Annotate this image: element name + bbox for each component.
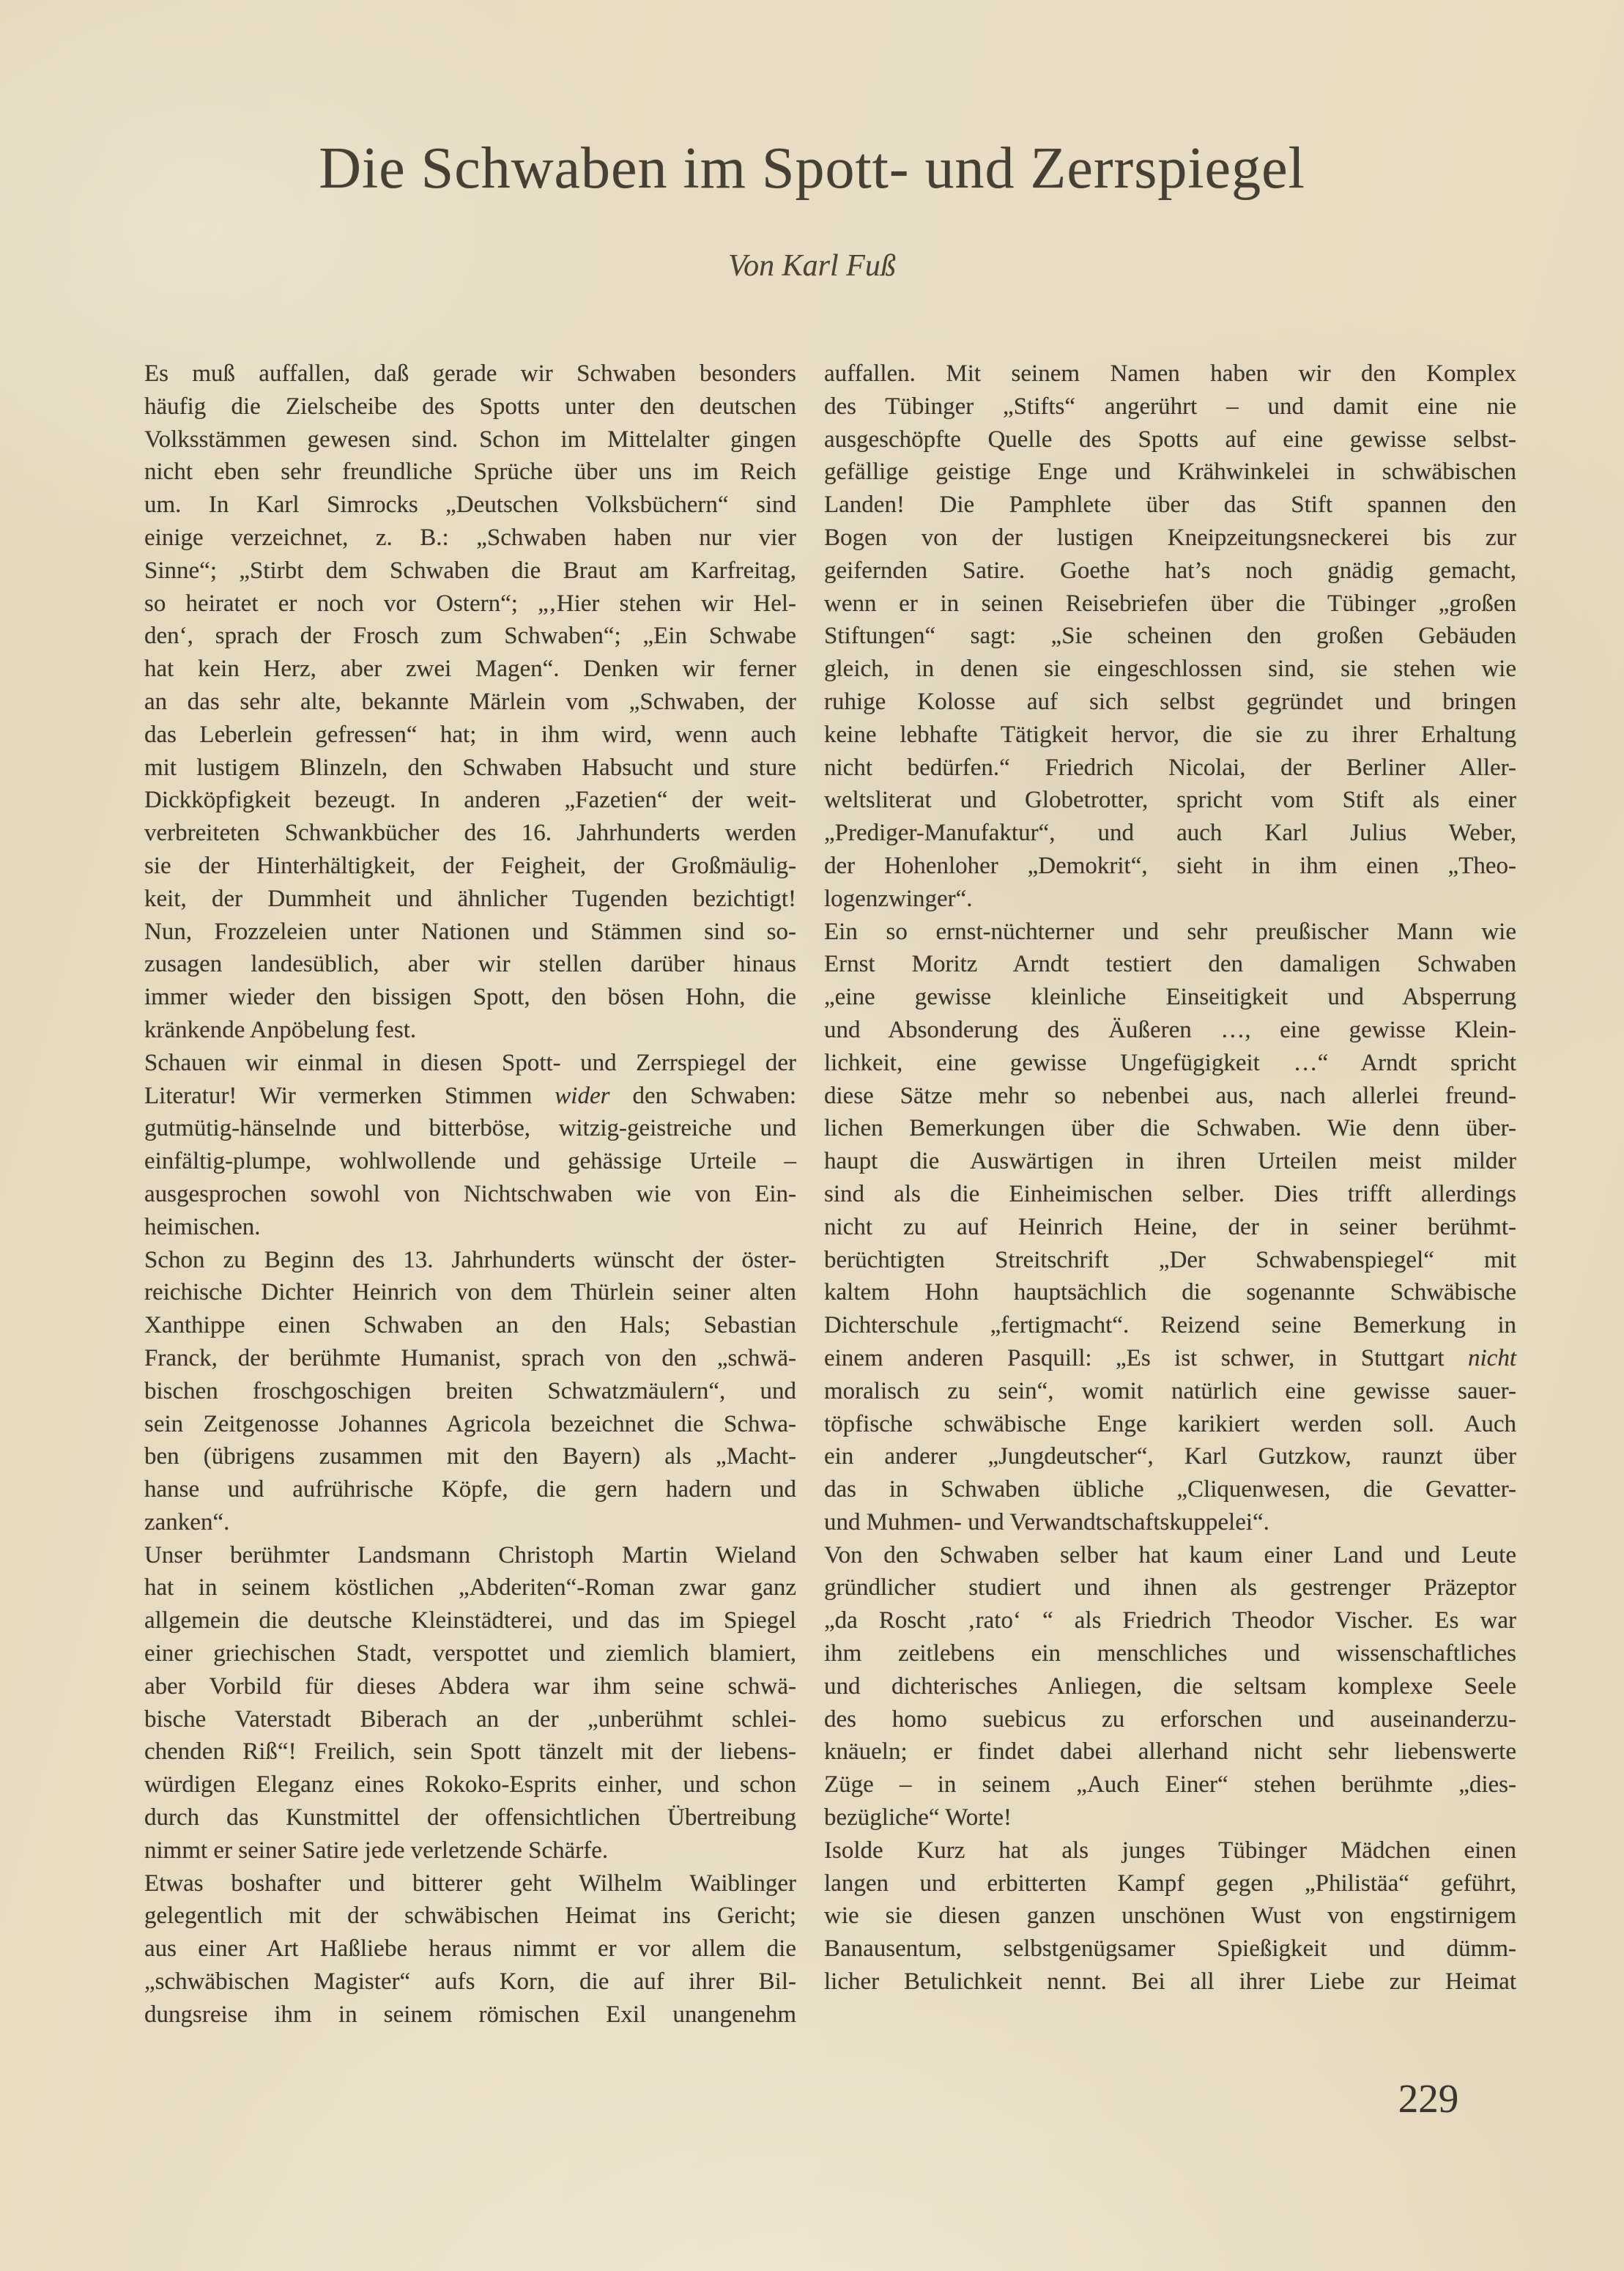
text-line: Landen! Die Pamphlete über das Stift spa… [824,489,1516,522]
paragraph: Es muß auffallen, daß gerade wir Schwabe… [144,357,796,1047]
text-line: gelegentlich mit der schwäbischen Heimat… [144,1900,796,1933]
text-line: töpfische schwäbische Enge karikiert wer… [824,1408,1516,1441]
text-line: an das sehr alte, bekannte Märlein vom „… [144,686,796,719]
paragraph: Etwas boshafter und bitterer geht Wilhel… [144,1867,796,2031]
text-line: Von den Schwaben selber hat kaum einer L… [824,1539,1516,1572]
text-line: ruhige Kolosse auf sich selbst gegründet… [824,686,1516,719]
text-line: lichen Bemerkungen über die Schwaben. Wi… [824,1112,1516,1145]
text-line: ihm zeitlebens ein menschliches und wiss… [824,1637,1516,1670]
text-line: Stiftungen“ sagt: „Sie scheinen den groß… [824,620,1516,653]
text-line: wie sie diesen ganzen unschönen Wust von… [824,1900,1516,1933]
text-line: Ein so ernst-nüchterner und sehr preußis… [824,916,1516,949]
text-line: Franck, der berühmte Humanist, sprach vo… [144,1342,796,1375]
text-line: geifernden Satire. Goethe hat’s noch gnä… [824,555,1516,588]
text-line: des Tübinger „Stifts“ angerührt – und da… [824,390,1516,423]
text-line: des homo suebicus zu erforschen und ause… [824,1703,1516,1736]
page-title: Die Schwaben im Spott- und Zerrspiegel [0,136,1624,202]
text-line: bezügliche“ Worte! [824,1801,1516,1834]
text-line: weltsliterat und Globetrotter, spricht v… [824,784,1516,817]
text-line: und Absonderung des Äußeren …, eine gewi… [824,1014,1516,1047]
text-line: „eine gewisse kleinliche Einseitigkeit u… [824,981,1516,1014]
text-line: nimmt er seiner Satire jede verletzende … [144,1834,796,1867]
text-line: licher Betulichkeit nennt. Bei all ihrer… [824,1966,1516,1998]
text-line: immer wieder den bissigen Spott, den bös… [144,981,796,1014]
text-line: nicht bedürfen.“ Friedrich Nicolai, der … [824,752,1516,785]
text-line: bische Vaterstadt Biberach an der „unber… [144,1703,796,1736]
text-line: ausgeschöpfte Quelle des Spotts auf eine… [824,423,1516,456]
text-line: gleich, in denen sie eingeschlossen sind… [824,653,1516,686]
text-line: langen und erbitterten Kampf gegen „Phil… [824,1867,1516,1900]
text-line: und dichterisches Anliegen, die seltsam … [824,1670,1516,1703]
text-line: chenden Riß“! Freilich, sein Spott tänze… [144,1735,796,1768]
text-line: verbreiteten Schwankbücher des 16. Jahrh… [144,817,796,850]
text-line: heimischen. [144,1211,796,1244]
text-line: hanse und aufrührische Köpfe, die gern h… [144,1473,796,1506]
text-line: Etwas boshafter und bitterer geht Wilhel… [144,1867,796,1900]
text-line: Banausentum, selbstgenügsamer Spießigkei… [824,1933,1516,1966]
text-line: Dickköpfigkeit bezeugt. In anderen „Faze… [144,784,796,817]
text-line: moralisch zu sein“, womit natürlich eine… [824,1375,1516,1408]
text-line: gründlicher studiert und ihnen als gestr… [824,1571,1516,1604]
text-line: lichkeit, eine gewisse Ungefügigkeit …“ … [824,1047,1516,1080]
text-line: kränkende Anpöbelung fest. [144,1014,796,1047]
text-line: Xanthippe einen Schwaben an den Hals; Se… [144,1309,796,1342]
text-line: würdigen Eleganz eines Rokoko-Esprits ei… [144,1768,796,1801]
text-line: so heiratet er noch vor Ostern“; „‚Hier … [144,588,796,620]
paragraph: auffallen. Mit seinem Namen haben wir de… [824,357,1516,916]
text-line: reichische Dichter Heinrich von dem Thür… [144,1276,796,1309]
text-line: das in Schwaben übliche „Cliquenwesen, d… [824,1473,1516,1506]
paragraph: Isolde Kurz hat als junges Tübinger Mädc… [824,1834,1516,1998]
text-line: Dichterschule „fertigmacht“. Reizend sei… [824,1309,1516,1342]
text-line: diese Sätze mehr so nebenbei aus, nach a… [824,1080,1516,1113]
text-line: den‘, sprach der Frosch zum Schwaben“; „… [144,620,796,653]
text-line: einer griechischen Stadt, verspottet und… [144,1637,796,1670]
text-line: ben (übrigens zusammen mit den Bayern) a… [144,1440,796,1473]
text-line: gutmütig-hänselnde und bitterböse, witzi… [144,1112,796,1145]
text-line: gefällige geistige Enge und Krähwinkelei… [824,456,1516,489]
text-line: und Muhmen- und Verwandtschaftskuppelei“… [824,1506,1516,1539]
page-number: 229 [1377,2075,1480,2122]
text-line: logenzwinger“. [824,883,1516,916]
text-line: keit, der Dummheit und ähnlicher Tugende… [144,883,796,916]
text-line: Es muß auffallen, daß gerade wir Schwabe… [144,357,796,390]
text-line: häufig die Zielscheibe des Spotts unter … [144,390,796,423]
text-line: einem anderen Pasquill: „Es ist schwer, … [824,1342,1516,1375]
text-line: dungsreise ihm in seinem römischen Exil … [144,1998,796,2031]
text-line: Schon zu Beginn des 13. Jahrhunderts wün… [144,1244,796,1277]
text-line: auffallen. Mit seinem Namen haben wir de… [824,357,1516,390]
text-line: sein Zeitgenosse Johannes Agricola bezei… [144,1408,796,1441]
text-line: keine lebhafte Tätigkeit hervor, die sie… [824,719,1516,752]
text-line: berüchtigten Streitschrift „Der Schwaben… [824,1244,1516,1277]
text-line: Literatur! Wir vermerken Stimmen wider d… [144,1080,796,1113]
text-line: zusagen landesüblich, aber wir stellen d… [144,948,796,981]
text-line: knäueln; er findet dabei allerhand nicht… [824,1735,1516,1768]
text-line: Bogen von der lustigen Kneipzeitungsneck… [824,522,1516,555]
text-line: zanken“. [144,1506,796,1539]
text-line: mit lustigem Blinzeln, den Schwaben Habs… [144,752,796,785]
text-line: hat in seinem köstlichen „Abderiten“-Rom… [144,1571,796,1604]
paragraph: Schon zu Beginn des 13. Jahrhunderts wün… [144,1244,796,1539]
text-line: ein anderer „Jungdeutscher“, Karl Gutzko… [824,1440,1516,1473]
text-line: „Prediger-Manufaktur“, und auch Karl Jul… [824,817,1516,850]
text-line: Isolde Kurz hat als junges Tübinger Mädc… [824,1834,1516,1867]
text-line: der Hohenloher „Demokrit“, sieht in ihm … [824,850,1516,883]
text-line: Züge – in seinem „Auch Einer“ stehen ber… [824,1768,1516,1801]
text-line: allgemein die deutsche Kleinstädterei, u… [144,1604,796,1637]
scanned-book-page: Die Schwaben im Spott- und Zerrspiegel V… [0,0,1624,2271]
text-line: durch das Kunstmittel der offensichtlich… [144,1801,796,1834]
text-line: bischen froschgoschigen breiten Schwatzm… [144,1375,796,1408]
text-column-left: Es muß auffallen, daß gerade wir Schwabe… [144,357,796,2031]
text-line: haupt die Auswärtigen in ihren Urteilen … [824,1145,1516,1178]
text-line: einfältig-plumpe, wohlwollende und gehäs… [144,1145,796,1178]
text-line: nicht zu auf Heinrich Heine, der in sein… [824,1211,1516,1244]
paragraph: Unser berühmter Landsmann Christoph Mart… [144,1539,796,1867]
text-line: Nun, Frozzeleien unter Nationen und Stäm… [144,916,796,949]
text-line: „da Roscht ‚rato‘ “ als Friedrich Theodo… [824,1604,1516,1637]
text-line: sie der Hinterhältigkeit, der Feigheit, … [144,850,796,883]
text-line: ausgesprochen sowohl von Nichtschwaben w… [144,1178,796,1211]
text-line: einige verzeichnet, z. B.: „Schwaben hab… [144,522,796,555]
text-line: Ernst Moritz Arndt testiert den damalige… [824,948,1516,981]
paragraph: Schauen wir einmal in diesen Spott- und … [144,1047,796,1244]
text-line: sind als die Einheimischen selber. Dies … [824,1178,1516,1211]
text-line: wenn er in seinen Reisebriefen über die … [824,588,1516,620]
text-column-right: auffallen. Mit seinem Namen haben wir de… [824,357,1516,1998]
text-line: „schwäbischen Magister“ aufs Korn, die a… [144,1966,796,1998]
text-line: aber Vorbild für dieses Abdera war ihm s… [144,1670,796,1703]
text-line: das Leberlein gefressen“ hat; in ihm wir… [144,719,796,752]
paragraph: Ein so ernst-nüchterner und sehr preußis… [824,916,1516,1539]
text-line: Sinne“; „Stirbt dem Schwaben die Braut a… [144,555,796,588]
text-line: um. In Karl Simrocks „Deutschen Volksbüc… [144,489,796,522]
text-line: Volksstämmen gewesen sind. Schon im Mitt… [144,423,796,456]
author-byline: Von Karl Fuß [0,248,1624,284]
text-line: hat kein Herz, aber zwei Magen“. Denken … [144,653,796,686]
text-line: nicht eben sehr freundliche Sprüche über… [144,456,796,489]
text-line: aus einer Art Haßliebe heraus nimmt er v… [144,1933,796,1966]
text-line: Schauen wir einmal in diesen Spott- und … [144,1047,796,1080]
text-line: kaltem Hohn hauptsächlich die sogenannte… [824,1276,1516,1309]
paragraph: Von den Schwaben selber hat kaum einer L… [824,1539,1516,1834]
text-line: Unser berühmter Landsmann Christoph Mart… [144,1539,796,1572]
